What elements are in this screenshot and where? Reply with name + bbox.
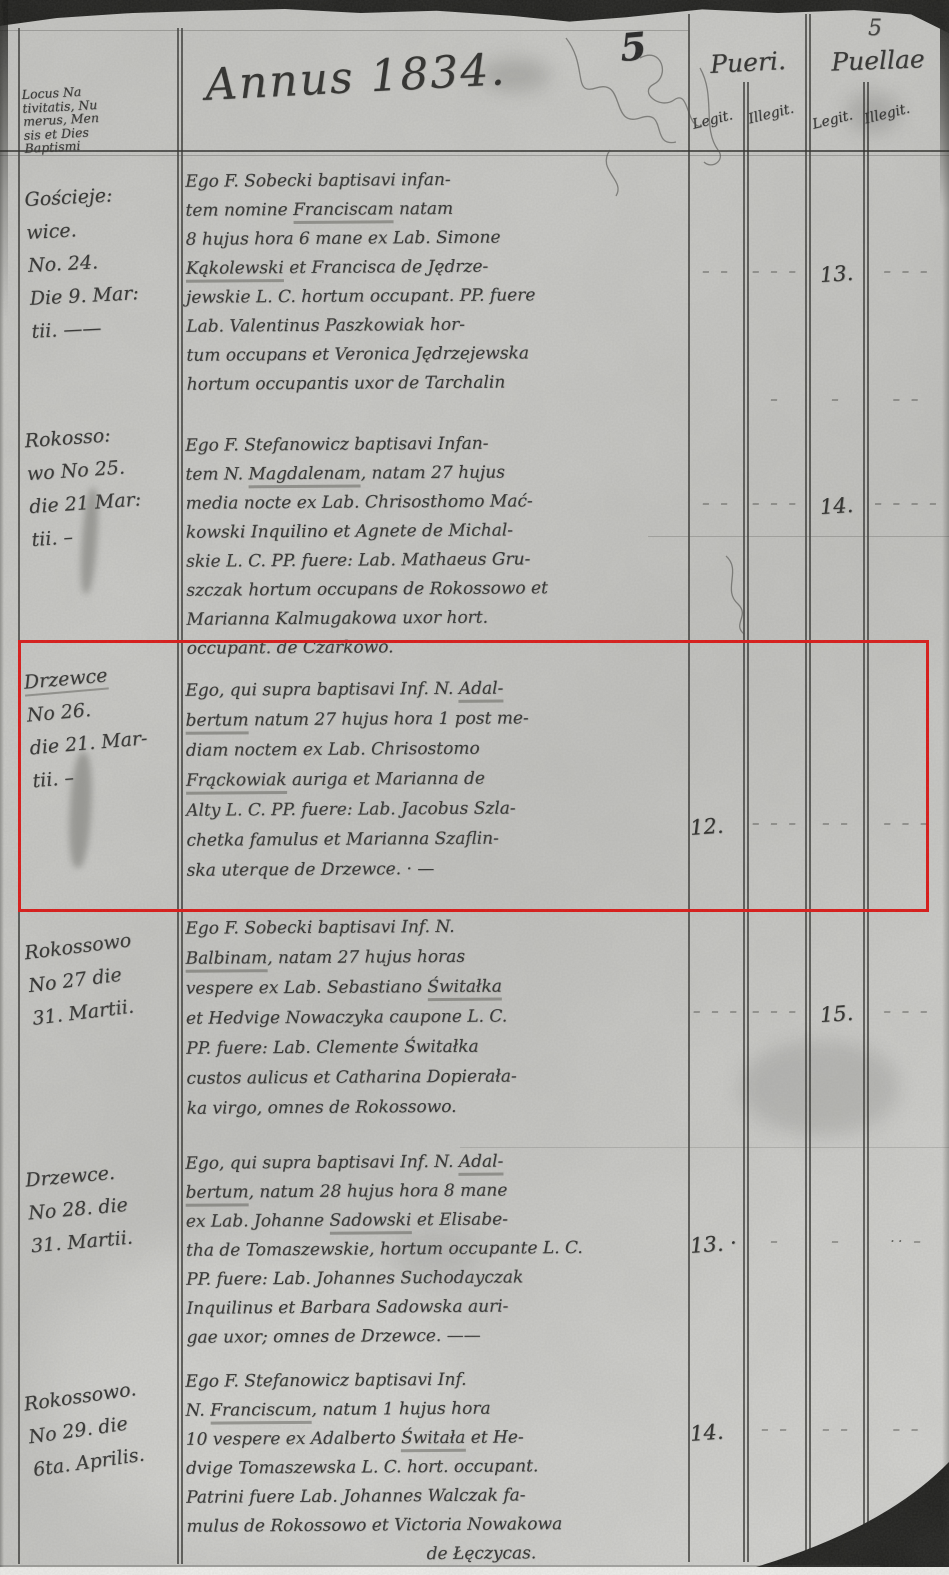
count-dash-c4: – – bbox=[868, 1420, 946, 1438]
count-dash-c2: – – – bbox=[745, 262, 806, 280]
text-segment: No 28. die bbox=[27, 1194, 128, 1225]
text-segment: ka virgo, omnes de Rokossowo. bbox=[187, 1097, 457, 1119]
text-segment: et He- bbox=[465, 1427, 523, 1447]
text-segment: Ego F. Stefanowicz baptisavi Inf. bbox=[185, 1370, 466, 1392]
scan-left-shadow bbox=[0, 0, 4, 1575]
count-value-c1: 13. · bbox=[689, 1230, 744, 1258]
body-line: custos aulicus et Catharina Dopierała- bbox=[186, 1060, 691, 1094]
body-line: 10 vespere ex Adalberto Świtała et He- bbox=[186, 1422, 691, 1455]
text-segment: skie L. C. PP. fuere: Lab. Mathaeus Gru- bbox=[186, 549, 530, 571]
text-segment: 31. Martii. bbox=[30, 1227, 133, 1258]
text-segment: Die 9. Mar: bbox=[29, 282, 139, 310]
count-dash-c4: – – – bbox=[868, 262, 946, 280]
count-dash-c2: – bbox=[745, 1232, 806, 1250]
text-segment: 10 vespere ex Adalberto bbox=[186, 1428, 401, 1450]
underlined-name: Franciscam bbox=[293, 199, 394, 224]
count-dash-c3: – bbox=[808, 1232, 865, 1250]
body-line: Ego, qui supra baptisavi Inf. N. Adal- bbox=[185, 1146, 690, 1179]
record-25-counts: – –– – –14.– – – – bbox=[688, 494, 949, 526]
text-segment: , natum 1 hujus hora bbox=[311, 1399, 490, 1420]
text-segment: et Francisca de Jędrze- bbox=[284, 257, 489, 278]
count-dash-c1: – – bbox=[690, 262, 743, 280]
subheader-illegit: Illegit. bbox=[747, 101, 796, 128]
text-segment: Ego, qui supra baptisavi Inf. N. bbox=[185, 1152, 459, 1174]
text-segment: , natam 27 hujus horas bbox=[267, 947, 465, 968]
subheader-legit: Legit. bbox=[811, 107, 855, 132]
body-line: Marianna Kalmugakowa uxor hort. bbox=[186, 602, 691, 635]
record-27-counts: – – –– – –15.– – – bbox=[688, 1002, 949, 1034]
body-line: Ego F. Sobecki baptisavi infan- bbox=[185, 164, 690, 197]
header-rule bbox=[0, 150, 949, 152]
record-24-place: Gościeje:wice.No. 24.Die 9. Mar:tii. —— bbox=[24, 176, 182, 349]
text-segment: Lab. Valentinus Paszkowiak hor- bbox=[186, 315, 465, 337]
underlined-name: Balbinam bbox=[186, 948, 268, 973]
body-line: kowski Inquilino et Agnete de Michal- bbox=[186, 515, 691, 548]
text-segment: , natum 28 hujus hora 8 mane bbox=[249, 1181, 508, 1203]
text-segment: No. 24. bbox=[28, 251, 99, 277]
text-segment: vespere ex Lab. Sebastiano bbox=[186, 977, 428, 999]
body-line: skie L. C. PP. fuere: Lab. Mathaeus Gru- bbox=[186, 544, 691, 577]
text-segment: N. bbox=[186, 1401, 211, 1421]
record-27-place: RokossowoNo 27 die31. Martii. bbox=[23, 919, 184, 1036]
count-dash-c3: – bbox=[808, 390, 865, 408]
body-line: et Hedvige Nowaczyka caupone L. C. bbox=[186, 1000, 691, 1034]
record-28-counts: 13. ·––·· – bbox=[688, 1232, 949, 1264]
count-dash-c3: – – bbox=[808, 1420, 865, 1438]
text-segment: jewskie L. C. hortum occupant. PP. fuere bbox=[186, 285, 535, 307]
body-line: szczak hortum occupans de Rokossowo et bbox=[186, 573, 691, 606]
record-24-counts: ––– – bbox=[688, 390, 949, 422]
text-segment: Ego F. Stefanowicz baptisavi Infan- bbox=[185, 434, 488, 456]
body-line: tem nomine Franciscam natam bbox=[185, 193, 690, 226]
text-segment: tii. – bbox=[31, 526, 74, 551]
body-line: tha de Tomaszewskie, hortum occupante L.… bbox=[186, 1233, 691, 1266]
body-line: PP. fuere: Lab. Johannes Suchodayczak bbox=[186, 1262, 691, 1295]
body-line: tum occupans et Veronica Jędrzejewska bbox=[186, 338, 691, 371]
body-line: tem N. Magdalenam, natam 27 hujus bbox=[185, 457, 690, 490]
text-segment: tem nomine bbox=[185, 200, 293, 221]
baptismal-register-scan: Locus Nativitatis, Numerus, Mensis et Di… bbox=[0, 0, 949, 1575]
count-dash-c4: – – – – bbox=[868, 494, 946, 512]
crease-line bbox=[648, 536, 949, 537]
text-segment: gae uxor; omnes de Drzewce. —— bbox=[187, 1326, 481, 1348]
record-28-body: Ego, qui supra baptisavi Inf. N. Adal-be… bbox=[185, 1146, 691, 1353]
record-24-body: Ego F. Sobecki baptisavi infan-tem nomin… bbox=[185, 164, 692, 400]
record-25-place: Rokosso:wo No 25.die 21 Mar:tii. – bbox=[24, 415, 183, 557]
body-line: dvige Tomaszewska L. C. hort. occupant. bbox=[186, 1451, 691, 1484]
body-line: hortum occupantis uxor de Tarchalin bbox=[187, 367, 692, 400]
count-value-c3: 13. bbox=[807, 260, 866, 288]
count-dash-c2: – – – bbox=[745, 1002, 806, 1020]
record-28-place: Drzewce.No 28. die31. Martii. bbox=[24, 1152, 182, 1264]
text-segment: custos aulicus et Catharina Dopierała- bbox=[186, 1066, 516, 1088]
text-segment: PP. fuere: Lab. Clemente Świtałka bbox=[186, 1037, 479, 1059]
body-line: Balbinam, natam 27 hujus horas bbox=[185, 940, 690, 974]
body-line: N. Franciscum, natum 1 hujus hora bbox=[186, 1393, 691, 1426]
scan-corner-shadow bbox=[756, 1462, 949, 1567]
body-line: bertum, natum 28 hujus hora 8 mane bbox=[186, 1175, 691, 1208]
margin-line: tii. —— bbox=[31, 308, 183, 349]
underlined-name: Adal- bbox=[459, 1152, 504, 1176]
text-segment: szczak hortum occupans de Rokossowo et bbox=[186, 578, 548, 601]
text-segment: 31. Martii. bbox=[31, 996, 135, 1030]
body-line: Ego F. Stefanowicz baptisavi Inf. bbox=[185, 1364, 690, 1397]
gray-blotch bbox=[740, 1040, 900, 1135]
text-segment: tii. —— bbox=[31, 317, 102, 343]
record-24-counts: – –– – –13.– – – bbox=[688, 262, 949, 294]
underlined-name: Magdalenam bbox=[248, 464, 360, 489]
record-29-counts: 14.– –– –– – bbox=[688, 1420, 949, 1452]
body-line: Patrini fuere Lab. Johannes Walczak fa- bbox=[186, 1480, 691, 1513]
count-dash-c2: – bbox=[745, 390, 806, 408]
record-27-body: Ego F. Sobecki baptisavi Inf. N.Balbinam… bbox=[185, 910, 691, 1124]
text-segment: Patrini fuere Lab. Johannes Walczak fa- bbox=[186, 1485, 525, 1507]
body-line: ex Lab. Johanne Sadowski et Elisabe- bbox=[186, 1204, 691, 1237]
text-segment: wo No 25. bbox=[26, 456, 125, 485]
text-segment: de Łęczycas. bbox=[427, 1543, 537, 1564]
record-25-body: Ego F. Stefanowicz baptisavi Infan-tem N… bbox=[185, 428, 692, 664]
scan-right-shadow bbox=[942, 0, 949, 1575]
count-dash-c2: – – – bbox=[745, 494, 806, 512]
body-line: 8 hujus hora 6 mane ex Lab. Simone bbox=[186, 222, 691, 255]
text-segment: et Elisabe- bbox=[411, 1210, 508, 1231]
record-29-body: Ego F. Stefanowicz baptisavi Inf.N. Fran… bbox=[185, 1364, 691, 1571]
highlight-box-record-26 bbox=[18, 640, 929, 912]
count-dash-c1: – – – bbox=[690, 1002, 743, 1020]
text-segment: Rokosso: bbox=[24, 424, 111, 452]
corner-folio-number: 5 bbox=[868, 16, 882, 41]
text-segment: mulus de Rokossowo et Victoria Nowakowa bbox=[186, 1514, 562, 1537]
count-value-c3: 15. bbox=[807, 1000, 866, 1028]
subheader-legit: Legit. bbox=[691, 107, 735, 132]
underlined-name: bertum bbox=[186, 1182, 249, 1206]
text-segment: , natam 27 hujus bbox=[361, 463, 505, 484]
text-segment: Drzewce. bbox=[24, 1162, 115, 1192]
text-segment: wice. bbox=[26, 219, 77, 244]
scan-bottom-strip bbox=[0, 1567, 949, 1575]
text-segment: Marianna Kalmugakowa uxor hort. bbox=[186, 608, 488, 630]
count-dash-c1: – – bbox=[690, 494, 743, 512]
text-segment: media nocte ex Lab. Chrisosthomo Mać- bbox=[186, 491, 533, 513]
count-dash-c4: – – bbox=[868, 390, 946, 408]
underlined-name: Sadowski bbox=[329, 1210, 411, 1235]
column-header-pueri: Pueri. bbox=[689, 45, 806, 80]
count-dash-c2: – – bbox=[745, 1420, 806, 1438]
text-segment: natam bbox=[393, 199, 453, 219]
count-value-c3: 14. bbox=[807, 492, 866, 520]
text-segment: Gościeje: bbox=[24, 184, 113, 211]
underlined-name: Kąkolewski bbox=[186, 258, 284, 283]
text-segment: hortum occupantis uxor de Tarchalin bbox=[187, 373, 506, 395]
text-segment: ex Lab. Johanne bbox=[186, 1211, 330, 1232]
margin-column-header: Locus Nativitatis, Numerus, Mensis et Di… bbox=[21, 80, 174, 155]
record-29-place: Rokossowo.No 29. die6ta. Aprilis. bbox=[22, 1368, 184, 1487]
body-line: PP. fuere: Lab. Clemente Świtałka bbox=[186, 1030, 691, 1064]
text-segment: tem N. bbox=[185, 464, 248, 484]
body-line: ka virgo, omnes de Rokossowo. bbox=[187, 1090, 692, 1124]
underlined-name: Świtała bbox=[401, 1428, 465, 1452]
text-segment: No 27 die bbox=[27, 964, 123, 997]
text-segment: dvige Tomaszewska L. C. hort. occupant. bbox=[186, 1456, 538, 1478]
page-title: Annus 1834. bbox=[204, 40, 586, 111]
text-segment: kowski Inquilino et Agnete de Michal- bbox=[186, 520, 513, 542]
body-line: mulus de Rokossowo et Victoria Nowakowa bbox=[186, 1509, 691, 1542]
column-header-puellae: Puellae bbox=[808, 44, 949, 78]
folio-number: 5 bbox=[618, 23, 648, 70]
body-line: Kąkolewski et Francisca de Jędrze- bbox=[186, 251, 691, 284]
text-segment: PP. fuere: Lab. Johannes Suchodayczak bbox=[186, 1267, 523, 1289]
body-line: vespere ex Lab. Sebastiano Świtałka bbox=[186, 970, 691, 1004]
grid-line bbox=[0, 30, 688, 31]
underlined-name: Franciscum bbox=[210, 1400, 311, 1425]
body-line: Ego F. Stefanowicz baptisavi Infan- bbox=[185, 428, 690, 461]
count-dash-c4: ·· – bbox=[868, 1232, 946, 1250]
underlined-name: Świtałka bbox=[427, 977, 502, 1002]
body-line: jewskie L. C. hortum occupant. PP. fuere bbox=[186, 280, 691, 313]
body-line: media nocte ex Lab. Chrisosthomo Mać- bbox=[186, 486, 691, 519]
body-line: Ego F. Sobecki baptisavi Inf. N. bbox=[185, 910, 690, 944]
header-rule bbox=[0, 155, 949, 156]
text-segment: Inquilinus et Barbara Sadowska auri- bbox=[186, 1297, 508, 1319]
text-segment: tum occupans et Veronica Jędrzejewska bbox=[186, 343, 529, 365]
text-segment: 8 hujus hora 6 mane ex Lab. Simone bbox=[186, 228, 501, 250]
count-value-c1: 14. bbox=[689, 1418, 744, 1446]
text-segment: tha de Tomaszewskie, hortum occupante L.… bbox=[186, 1238, 583, 1261]
body-line: Lab. Valentinus Paszkowiak hor- bbox=[186, 309, 691, 342]
text-segment: Ego F. Sobecki baptisavi infan- bbox=[185, 170, 450, 192]
body-line: Inquilinus et Barbara Sadowska auri- bbox=[186, 1291, 691, 1324]
body-line: gae uxor; omnes de Drzewce. —— bbox=[187, 1320, 692, 1353]
text-segment: et Hedvige Nowaczyka caupone L. C. bbox=[186, 1007, 507, 1029]
count-dash-c4: – – – bbox=[868, 1002, 946, 1020]
text-segment: Ego F. Sobecki baptisavi Inf. N. bbox=[185, 917, 454, 939]
